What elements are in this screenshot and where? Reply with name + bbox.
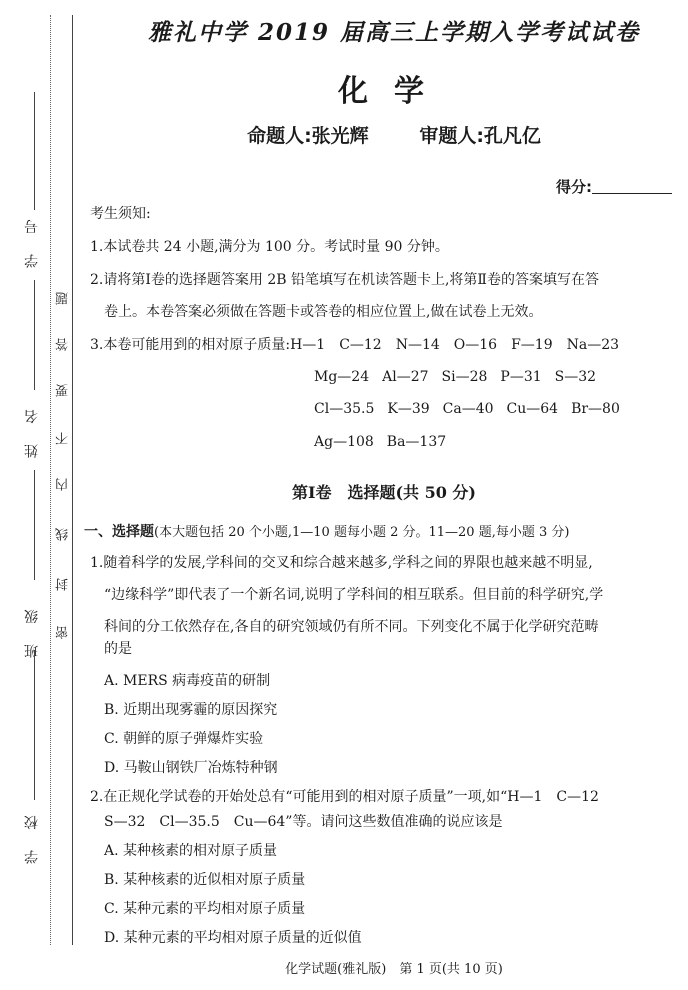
part-label: 一、选择题 (84, 524, 154, 540)
notice-heading: 考生须知: (90, 204, 151, 224)
mass-entry: Ag—108 (314, 434, 374, 450)
question-stem: S—32 Cl—35.5 Cu—64”等。请问这些数值准确的说应该是 (104, 812, 502, 832)
mass-row: Cl—35.5K—39Ca—40Cu—64Br—80 (314, 399, 633, 419)
notice-item-cont: 卷上。本卷答案必须做在答题卡或答卷的相应位置上,做在试卷上无效。 (104, 302, 542, 322)
subject-title: 化学 (100, 66, 688, 110)
authors: 命题人:张光辉 审题人:孔凡亿 (100, 121, 688, 148)
seal-char: 要 (55, 384, 73, 397)
question-stem: “边缘科学”即代表了一个新名词,说明了学科间的相互联系。但目前的科学研究,学 (104, 585, 603, 605)
reviewer: 审题人:孔凡亿 (419, 125, 541, 147)
field-label-class: 班 级 (21, 600, 43, 660)
field-line-school (34, 650, 35, 800)
mass-entry: P—31 (500, 369, 541, 385)
mass-entry: Cl—35.5 (314, 401, 374, 417)
exam-title: 雅礼中学 2019 届高三上学期入学考试试卷 (100, 14, 688, 47)
page-footer: 化学试题(雅礼版) 第 1 页(共 10 页) (100, 958, 688, 977)
field-line-name (34, 280, 35, 390)
mass-row: Mg—24Al—27Si—28P—31S—32 (314, 367, 609, 387)
seal-char: 内 (55, 478, 73, 491)
field-label-student-id: 学 号 (21, 210, 43, 270)
mass-entry: Ba—137 (387, 434, 446, 450)
seal-char: 答 (55, 338, 73, 351)
field-label-name: 姓 名 (21, 400, 43, 460)
notice-item: 3.本卷可能用到的相对原子质量:H—1 C—12 N—14 O—16 F—19 … (90, 335, 619, 355)
score-label: 得分: (556, 178, 592, 196)
seal-char: 不 (55, 432, 73, 445)
notice-item: 2.请将第Ⅰ卷的选择题答案用 2B 铅笔填写在机读答题卡上,将第Ⅱ卷的答案填写在… (90, 270, 599, 290)
seal-char: 封 (55, 578, 73, 591)
mass-row: Ag—108Ba—137 (314, 432, 459, 452)
option-b[interactable]: B. 某种核素的近似相对原子质量 (104, 870, 305, 890)
mass-entry: Ca—40 (443, 401, 494, 417)
score-blank[interactable] (592, 179, 672, 194)
field-line-class (34, 470, 35, 580)
question-stem: 2.在正规化学试卷的开始处总有“可能用到的相对原子质量”一项,如“H—1 C—1… (90, 787, 599, 807)
mass-entry: Al—27 (382, 369, 428, 385)
mass-entry: Mg—24 (314, 369, 369, 385)
section-title: 第Ⅰ卷 选择题(共 50 分) (80, 480, 688, 503)
question-stem: 科间的分工依然存在,各自的研究领域仍有所不同。下列变化不属于化学研究范畴 (104, 617, 598, 637)
option-d[interactable]: D. 某种元素的平均相对原子质量的近似值 (104, 928, 362, 948)
part-desc: (本大题包括 20 个小题,1—10 题每小题 2 分。11—20 题,每小题 … (154, 525, 569, 540)
mass-entry: Cu—64 (507, 401, 559, 417)
mass-entry: Si—28 (442, 369, 488, 385)
setter: 命题人:张光辉 (247, 125, 369, 147)
option-a[interactable]: A. 某种核素的相对原子质量 (104, 841, 277, 861)
field-label-school: 学 校 (21, 806, 43, 866)
question-stem: 的是 (104, 639, 132, 659)
field-line-student-id (34, 92, 35, 210)
option-c[interactable]: C. 朝鲜的原子弹爆炸实验 (104, 729, 263, 749)
notice-item: 1.本试卷共 24 小题,满分为 100 分。考试时量 90 分钟。 (90, 237, 449, 257)
seal-char: 题 (55, 292, 73, 305)
option-c[interactable]: C. 某种元素的平均相对原子质量 (104, 899, 305, 919)
question-stem: 1.随着科学的发展,学科间的交叉和综合越来越多,学科之间的界限也越来越不明显, (90, 553, 593, 573)
option-a[interactable]: A. MERS 病毒疫苗的研制 (104, 671, 270, 691)
option-d[interactable]: D. 马鞍山钢铁厂冶炼特种钢 (104, 758, 278, 778)
seal-char: 线 (55, 528, 73, 541)
mass-entry: S—32 (555, 369, 596, 385)
fold-dotted-line (50, 15, 51, 945)
mass-entry: K—39 (387, 401, 429, 417)
part-heading: 一、选择题(本大题包括 20 个小题,1—10 题每小题 2 分。11—20 题… (84, 522, 569, 543)
option-b[interactable]: B. 近期出现雾霾的原因探究 (104, 700, 277, 720)
mass-entry: Br—80 (571, 401, 620, 417)
seal-char: 密 (55, 626, 73, 639)
score-field: 得分: (556, 176, 672, 197)
